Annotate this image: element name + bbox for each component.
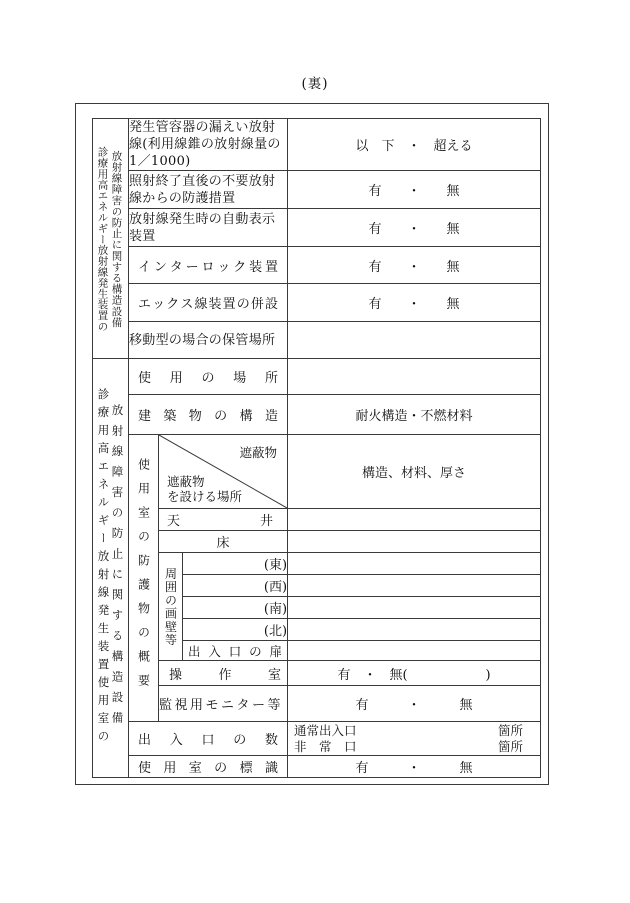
shield-diagonal-header: 遮蔽物 遮蔽物 を設ける場所 — [159, 435, 288, 509]
value-monitor: 有 ・ 無 — [288, 686, 541, 722]
label-post-irradiation-protection: 照射終了直後の不要放射線からの防護措置 — [129, 171, 288, 209]
value-usage-place — [288, 359, 541, 395]
label-control-room: 操作室 — [159, 661, 288, 686]
value-xray-annex: 有 ・ 無 — [288, 284, 541, 322]
room-side-label-line2: 診療用高エネルギー放射線発生装置使用室の — [97, 388, 109, 748]
label-interlock: インターロック装置 — [129, 247, 288, 284]
exit-count-normal-row: 通常出入口 箇所 — [288, 723, 540, 739]
value-wall-east — [288, 553, 541, 575]
label-xray-annex-text: エックス線装置の併設 — [129, 293, 287, 312]
page-side-label: (裏) — [0, 72, 630, 92]
label-room-sign-text: 使用室の標識 — [129, 757, 287, 776]
exit-emergency-label: 非 常 口 — [294, 739, 357, 755]
label-xray-annex: エックス線装置の併設 — [129, 284, 288, 322]
value-tube-leakage: 以 下 ・ 超える — [288, 119, 541, 171]
shield-group-side-label: 使用室の防護物の概要 — [129, 435, 159, 722]
room-side-label-line1: 放射線障害の防止に関する構造設備 — [111, 404, 123, 732]
label-entrance-door: 出入口の扉 — [183, 641, 288, 661]
value-auto-indicator: 有 ・ 無 — [288, 209, 541, 247]
shield-structure-header: 構造、材料、厚さ — [288, 435, 541, 509]
label-exit-count: 出入口の数 — [129, 722, 288, 756]
label-usage-place-text: 使用の場所 — [129, 367, 287, 386]
diagonal-header-location-line2: を設ける場所 — [167, 489, 242, 504]
value-floor — [288, 531, 541, 553]
generator-side-label-line2: 診療用高エネルギー放射線発生装置の — [97, 146, 108, 331]
label-building-structure: 建築物の構造 — [129, 395, 288, 435]
value-interlock: 有 ・ 無 — [288, 247, 541, 284]
label-usage-place: 使用の場所 — [129, 359, 288, 395]
value-wall-north — [288, 619, 541, 641]
value-room-sign: 有 ・ 無 — [288, 756, 541, 778]
label-wall-east: (東) — [183, 553, 288, 575]
walls-group-side-label: 周囲の画壁等 — [159, 553, 183, 661]
label-monitor: 監視用モニター等 — [159, 686, 288, 722]
label-mobile-storage: 移動型の場合の保管場所 — [129, 322, 288, 359]
label-auto-indicator: 放射線発生時の自動表示装置 — [129, 209, 288, 247]
value-entrance-door — [288, 641, 541, 661]
diagonal-header-location-line1: 遮蔽物 — [167, 474, 242, 489]
label-ceiling-text: 天井 — [159, 510, 287, 529]
exit-count-emergency-row: 非 常 口 箇所 — [288, 739, 540, 755]
label-wall-north: (北) — [183, 619, 288, 641]
label-floor: 床 — [159, 531, 288, 553]
label-ceiling: 天井 — [159, 509, 288, 531]
value-building-structure: 耐火構造・不燃材料 — [288, 395, 541, 435]
label-interlock-text: インターロック装置 — [129, 256, 287, 275]
label-control-room-text: 操作室 — [159, 664, 287, 683]
value-exit-count: 通常出入口 箇所 非 常 口 箇所 — [288, 722, 541, 756]
form-table: 診療用高エネルギー放射線発生装置の 放射線障害の防止に関する構造設備 発生管容器… — [92, 118, 541, 778]
exit-normal-label: 通常出入口 — [294, 723, 357, 739]
form-page: (裏) 診療用高エネルギー放射線発生装置の 放射線障害の防止に関する構造設備 発… — [0, 0, 630, 903]
room-section-side-label: 診療用高エネルギー放射線発生装置使用室の 放射線障害の防止に関する構造設備 — [93, 359, 129, 778]
value-wall-south — [288, 597, 541, 619]
diagonal-header-location: 遮蔽物 を設ける場所 — [167, 474, 242, 504]
label-entrance-door-text: 出入口の扉 — [183, 642, 287, 660]
label-exit-count-text: 出入口の数 — [129, 729, 287, 748]
value-post-irradiation-protection: 有 ・ 無 — [288, 171, 541, 209]
walls-group-side-label-text: 周囲の画壁等 — [165, 567, 177, 646]
label-building-structure-text: 建築物の構造 — [129, 405, 287, 424]
generator-section-side-label: 診療用高エネルギー放射線発生装置の 放射線障害の防止に関する構造設備 — [93, 119, 129, 359]
form-outer-border: 診療用高エネルギー放射線発生装置の 放射線障害の防止に関する構造設備 発生管容器… — [75, 103, 549, 785]
value-control-room: 有 ・ 無( ) — [288, 661, 541, 686]
value-mobile-storage — [288, 322, 541, 359]
label-wall-south: (南) — [183, 597, 288, 619]
value-ceiling — [288, 509, 541, 531]
exit-normal-unit: 箇所 — [498, 723, 523, 739]
exit-emergency-unit: 箇所 — [498, 739, 523, 755]
label-room-sign: 使用室の標識 — [129, 756, 288, 778]
label-wall-west: (西) — [183, 575, 288, 597]
shield-group-side-label-text: 使用室の防護物の概要 — [138, 458, 150, 698]
diagonal-header-shield: 遮蔽物 — [240, 443, 278, 461]
generator-side-label-line1: 放射線障害の防止に関する構造設備 — [111, 150, 122, 328]
label-tube-leakage: 発生管容器の漏えい放射線(利用線錐の放射線量の1／1000) — [129, 119, 288, 171]
value-wall-west — [288, 575, 541, 597]
